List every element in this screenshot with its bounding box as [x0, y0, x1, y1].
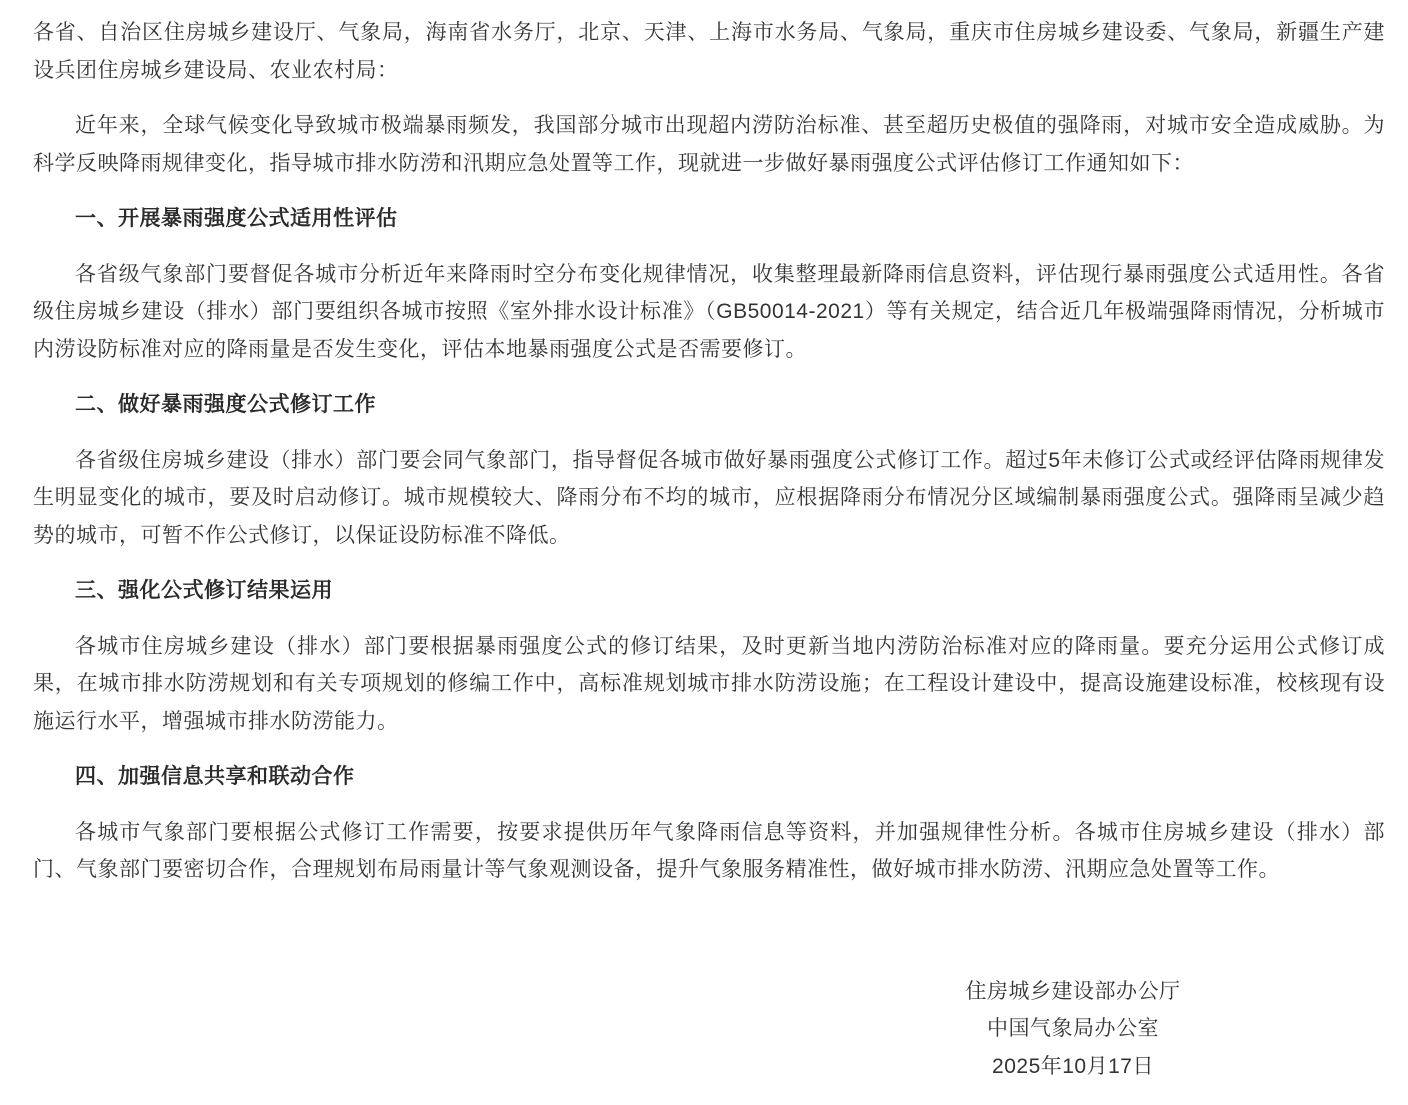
notice-document: 各省、自治区住房城乡建设厅、气象局，海南省水务厅，北京、天津、上海市水务局、气象…	[0, 0, 1408, 1085]
section-3-body: 各城市住房城乡建设（排水）部门要根据暴雨强度公式的修订结果，及时更新当地内涝防治…	[33, 628, 1385, 741]
signature-org-cma: 中国气象局办公室	[913, 1010, 1233, 1048]
salutation-paragraph: 各省、自治区住房城乡建设厅、气象局，海南省水务厅，北京、天津、上海市水务局、气象…	[33, 14, 1385, 89]
section-4-body: 各城市气象部门要根据公式修订工作需要，按要求提供历年气象降雨信息等资料，并加强规…	[33, 814, 1385, 889]
section-4-heading: 四、加强信息共享和联动合作	[33, 758, 1385, 796]
signature-org-mohurd: 住房城乡建设部办公厅	[913, 973, 1233, 1011]
intro-paragraph: 近年来，全球气候变化导致城市极端暴雨频发，我国部分城市出现超内涝防治标准、甚至超…	[33, 107, 1385, 182]
section-1-body: 各省级气象部门要督促各城市分析近年来降雨时空分布变化规律情况，收集整理最新降雨信…	[33, 256, 1385, 369]
section-2-heading: 二、做好暴雨强度公式修订工作	[33, 386, 1385, 424]
signature-block: 住房城乡建设部办公厅 中国气象局办公室 2025年10月17日	[913, 973, 1233, 1086]
section-1-heading: 一、开展暴雨强度公式适用性评估	[33, 200, 1385, 238]
section-3-heading: 三、强化公式修订结果运用	[33, 572, 1385, 610]
signature-date: 2025年10月17日	[913, 1048, 1233, 1086]
section-2-body: 各省级住房城乡建设（排水）部门要会同气象部门，指导督促各城市做好暴雨强度公式修订…	[33, 442, 1385, 555]
